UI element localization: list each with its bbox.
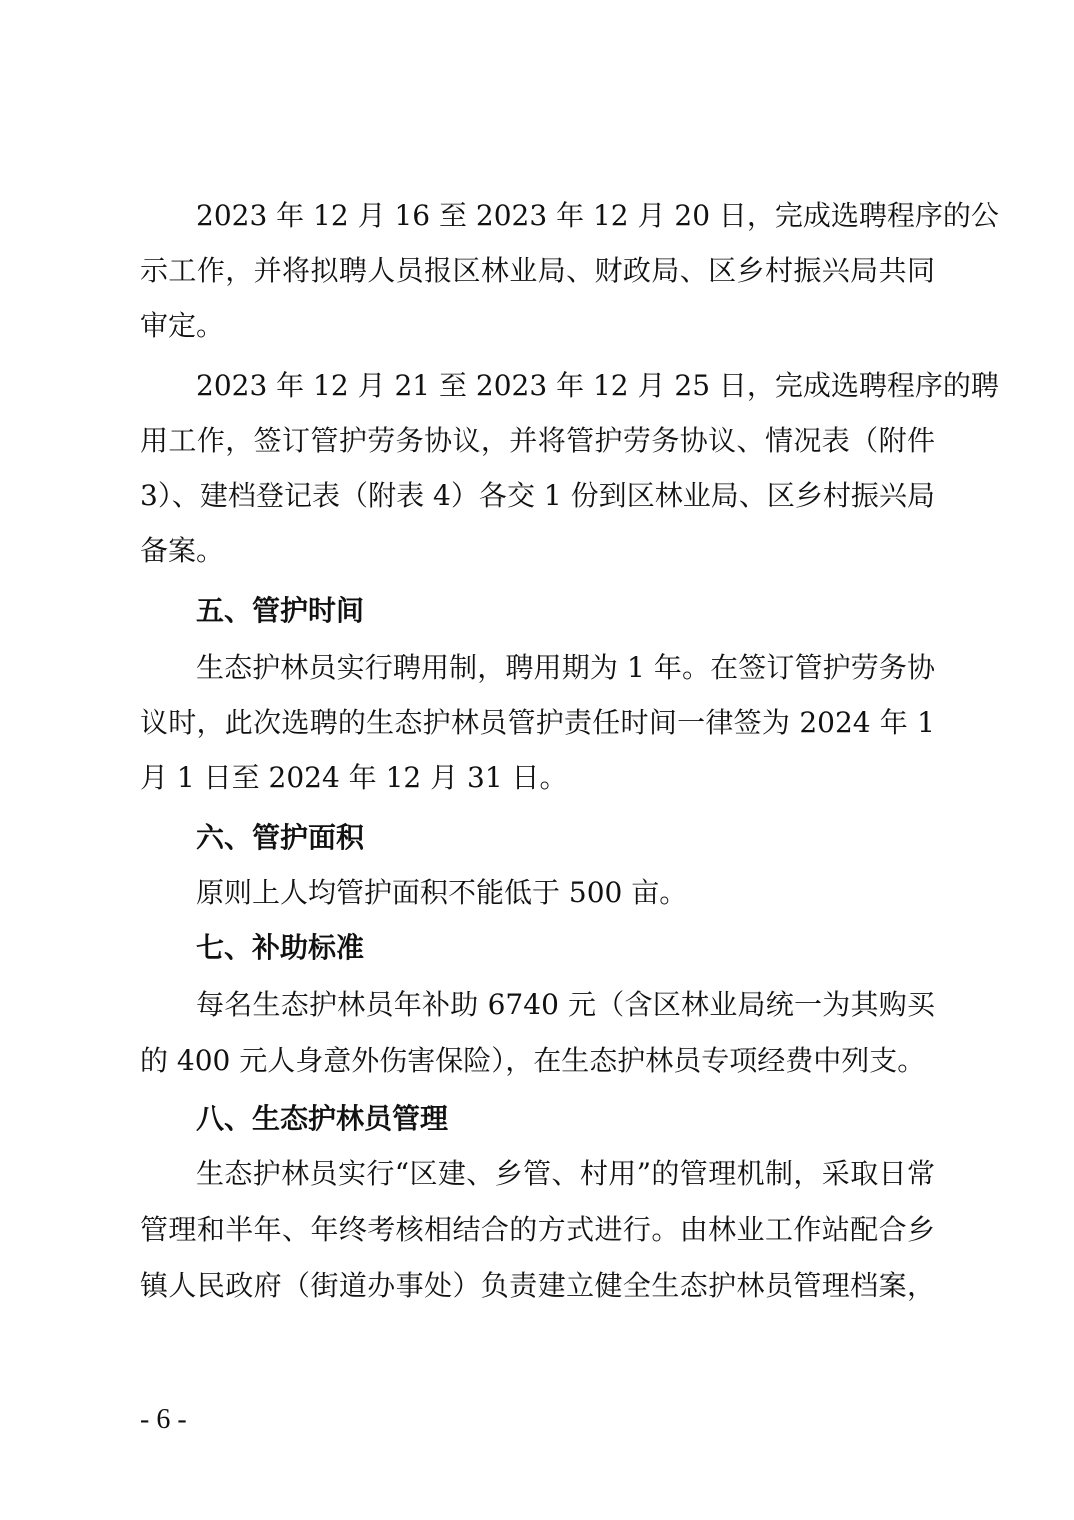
paragraph-line: 生态护林员实行聘用制，聘用期为 1 年。在签订管护劳务协	[196, 648, 935, 688]
paragraph-line: 审定。	[140, 306, 935, 346]
paragraph-line: 示工作，并将拟聘人员报区林业局、财政局、区乡村振兴局共同	[140, 251, 935, 291]
paragraph-line: 议时，此次选聘的生态护林员管护责任时间一律签为 2024 年 1	[140, 703, 935, 743]
paragraph-line: 备案。	[140, 531, 935, 571]
paragraph-line: 的 400 元人身意外伤害保险），在生态护林员专项经费中列支。	[140, 1041, 935, 1081]
document-page: 2023 年 12 月 16 至 2023 年 12 月 20 日，完成选聘程序…	[0, 0, 1074, 1520]
section-heading-management-area: 六、管护面积	[196, 818, 364, 858]
section-heading-management-time: 五、管护时间	[196, 591, 364, 631]
paragraph-line: 每名生态护林员年补助 6740 元（含区林业局统一为其购买	[196, 985, 935, 1025]
paragraph-line: 原则上人均管护面积不能低于 500 亩。	[196, 873, 935, 913]
paragraph-line: 生态护林员实行“区建、乡管、村用”的管理机制，采取日常	[196, 1154, 935, 1194]
paragraph-line: 3）、建档登记表（附表 4）各交 1 份到区林业局、区乡村振兴局	[140, 476, 935, 516]
section-heading-ranger-management: 八、生态护林员管理	[196, 1099, 448, 1139]
section-heading-subsidy-standard: 七、补助标准	[196, 928, 364, 968]
paragraph-line: 月 1 日至 2024 年 12 月 31 日。	[140, 758, 935, 798]
paragraph-line: 2023 年 12 月 21 至 2023 年 12 月 25 日，完成选聘程序…	[196, 366, 935, 406]
paragraph-line: 用工作，签订管护劳务协议，并将管护劳务协议、情况表（附件	[140, 421, 935, 461]
paragraph-line: 2023 年 12 月 16 至 2023 年 12 月 20 日，完成选聘程序…	[196, 196, 935, 236]
paragraph-line: 镇人民政府（街道办事处）负责建立健全生态护林员管理档案，	[140, 1266, 935, 1306]
page-number: - 6 -	[140, 1400, 187, 1440]
paragraph-line: 管理和半年、年终考核相结合的方式进行。由林业工作站配合乡	[140, 1210, 935, 1250]
